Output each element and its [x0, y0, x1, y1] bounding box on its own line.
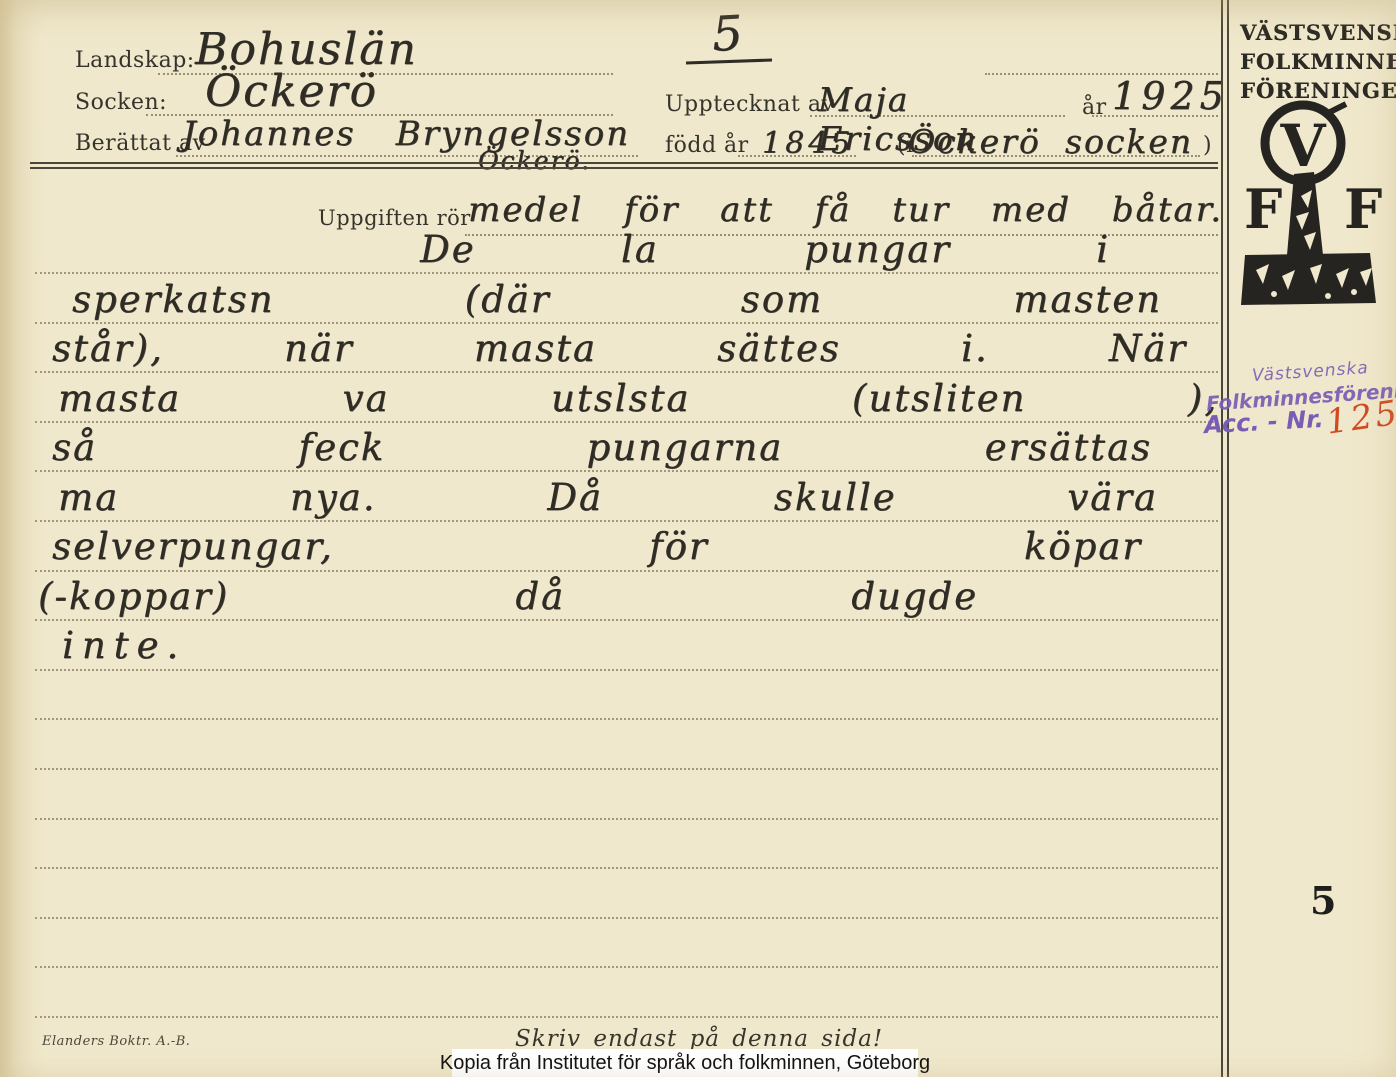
archive-caption-band: Kopia från Institutet för språk och folk…: [452, 1049, 918, 1077]
ruled-line: [35, 667, 1218, 671]
ruled-line: [35, 766, 1218, 770]
paren-close-label: ): [1203, 133, 1212, 158]
top-number-underline: [686, 59, 772, 65]
page-number: 5: [1310, 878, 1336, 923]
ruled-line: [35, 716, 1218, 720]
body-line: masta va utslsta (utsliten ),: [58, 375, 1218, 425]
archive-card: Landskap: Socken: Berättat av Upptecknat…: [0, 0, 1396, 1077]
berattat-value2-handwriting: Öckerö.: [478, 146, 591, 175]
subject-value-handwriting: medel för att få tur med båtar.: [468, 190, 1223, 230]
body-line: sperkatsn (där som masten: [72, 276, 1162, 326]
org-name-line: FOLKMINNES-: [1240, 49, 1396, 74]
header-divider-top: [30, 162, 1218, 164]
ruled-line: [35, 964, 1218, 968]
logo-letter-v: V: [1279, 112, 1326, 180]
header-divider-bottom: [30, 167, 1218, 169]
body-line: inte.: [62, 622, 186, 672]
fodd-ar-value-handwriting: 1845: [762, 126, 854, 161]
ruled-line: [35, 865, 1218, 869]
body-line: (-koppar) då dugde: [38, 573, 978, 623]
printer-credit: Elanders Boktr. A.-B.: [42, 1034, 190, 1049]
paren-value-handwriting: Öckerö socken: [908, 122, 1193, 161]
fodd-ar-label: född år: [665, 133, 749, 158]
body-line: selverpungar, för köpar: [52, 523, 1142, 573]
upptecknat-av-label: Upptecknat av: [665, 92, 834, 117]
logo-letter-f-right: F: [1344, 177, 1382, 241]
archive-caption: Kopia från Institutet för språk och folk…: [440, 1052, 930, 1075]
logo-letter-f-left: F: [1244, 177, 1282, 241]
stamp-acc-label: Acc. - Nr.: [1203, 405, 1324, 439]
org-name-line: VÄSTSVENSKA: [1240, 20, 1396, 45]
body-line: De la pungar i: [420, 226, 1110, 276]
vertical-divider-right: [1227, 0, 1229, 1077]
body-line: ma nya. Då skulle vära: [58, 474, 1158, 524]
body-line: står), när masta sättes i. När: [52, 325, 1187, 375]
top-number-handwriting: 5: [711, 5, 746, 63]
ruled-line: [35, 915, 1218, 919]
ruled-line: [35, 816, 1218, 820]
ar-value-handwriting: 1925: [1112, 74, 1229, 118]
vff-hammer-logo: V F F: [1238, 98, 1388, 320]
vertical-divider-left: [1221, 0, 1223, 1077]
body-line: så feck pungarna ersättas: [52, 424, 1152, 474]
ruled-line: [35, 1014, 1218, 1018]
socken-value-handwriting: Öckerö: [205, 66, 460, 117]
